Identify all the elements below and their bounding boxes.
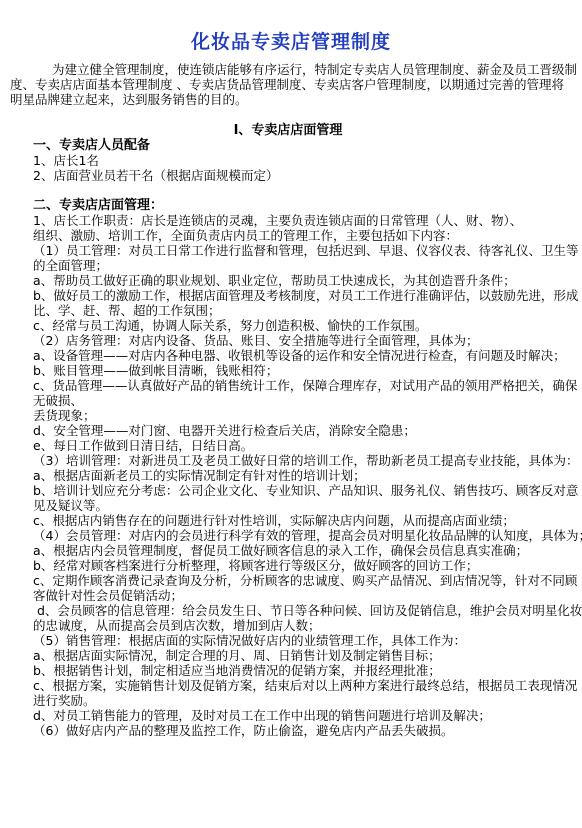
paragraph-line: 见及疑议等。: [33, 498, 576, 513]
paragraph-line: （1）员工管理：对员工日常工作进行监督和管理，包括迟到、早退、仪容仪表、待客礼仪…: [33, 243, 576, 258]
paragraph-line: d、会员顾客的信息管理：给会员发生日、节日等各种问候、回访及促销信息，维护会员对…: [33, 603, 576, 618]
paragraph-line: d、安全管理——对门窗、电器开关进行检查后关店，消除安全隐患；: [33, 423, 576, 438]
paragraph-line: （2）店务管理：对店内设备、货品、账目、安全措施等进行全面管理，具体为；: [33, 333, 576, 348]
paragraph-line: b、培训计划应充分考虑：公司企业文化、专业知识、产品知识、服务礼仪、销售技巧、顾…: [33, 483, 576, 498]
heading: 一、专卖店人员配备: [33, 138, 576, 153]
spacer: [0, 107, 576, 123]
intro-line: 为建立健全管理制度，使连锁店能够有序运行，特制定专卖店人员管理制度、薪金及员工晋…: [52, 62, 576, 77]
paragraph-line: （4）会员管理：对店内的会员进行科学有效的管理，提高会员对明星化妆品品牌的认知度…: [33, 528, 576, 543]
paragraph-line: c、货品管理——认真做好产品的销售统计工作，保障合理库存，对试用产品的领用严格把…: [33, 378, 576, 393]
paragraph-line: （3）培训管理：对新进员工及老员工做好日常的培训工作，帮助新老员工提高专业技能，…: [33, 453, 576, 468]
paragraph-line: e、每日工作做到日清日结，日结日高。: [33, 438, 576, 453]
paragraph-line: d、对员工销售能力的管理，及时对员工在工作中出现的销售问题进行培训及解决；: [33, 708, 576, 723]
paragraph-line: c、根据方案，实施销售计划及促销方案，结束后对以上两种方案进行最终总结，根据员工…: [33, 678, 576, 693]
paragraph-line: b、经常对顾客档案进行分析整理，将顾客进行等级区分，做好顾客的回访工作；: [33, 558, 576, 573]
paragraph-line: （5）销售管理：根据店面的实际情况做好店内的业绩管理工作，具体工作为：: [33, 633, 576, 648]
paragraph-line: a、根据店内会员管理制度，督促员工做好顾客信息的录入工作，确保会员信息真实准确；: [33, 543, 576, 558]
heading: 二、专卖店店面管理：: [33, 198, 576, 213]
paragraph-line: 丢货现象；: [33, 408, 576, 423]
intro-line: 明星品牌建立起来，达到服务销售的目的。: [10, 92, 576, 107]
paragraph-line: a、根据店面实际情况，制定合理的月、周、日销售计划及制定销售目标；: [33, 648, 576, 663]
paragraph-line: （6）做好店内产品的整理及监控工作，防止偷盗，避免店内产品丢失破损。: [33, 723, 576, 738]
paragraph-line: b、做好员工的激励工作，根据店面管理及考核制度，对员工工作进行准确评估，以鼓励先…: [33, 288, 576, 303]
paragraph-line: a、设备管理——对店内各种电器、收银机等设备的运作和安全情况进行检查，有问题及时…: [33, 348, 576, 363]
paragraph-line: a、帮助员工做好正确的职业规划、职业定位，帮助员工快速成长，为其创造晋升条件；: [33, 273, 576, 288]
paragraph-line: c、根据店内销售存在的问题进行针对性培训，实际解决店内问题，从而提高店面业绩；: [33, 513, 576, 528]
paragraph-line: 比、学、赶、帮、超的工作氛围；: [33, 303, 576, 318]
spacer: [0, 183, 576, 198]
paragraph-line: 的全面管理；: [33, 258, 576, 273]
document-body: 为建立健全管理制度，使连锁店能够有序运行，特制定专卖店人员管理制度、薪金及员工晋…: [0, 62, 582, 738]
paragraph-line: 的忠诚度，从而提高会员到店次数，增加到店人数；: [33, 618, 576, 633]
paragraph-line: b、账目管理——做到帐目清晰，钱账相符；: [33, 363, 576, 378]
paragraph-line: a、根据店面新老员工的实际情况制定有针对性的培训计划；: [33, 468, 576, 483]
document-page: 化妆品专卖店管理制度 为建立健全管理制度，使连锁店能够有序运行，特制定专卖店人员…: [0, 0, 582, 828]
paragraph-line: 进行奖励。: [33, 693, 576, 708]
paragraph-line: 组织、激励、培训工作，全面负责店内员工的管理工作，主要包括如下内容：: [33, 228, 576, 243]
paragraph-line: c、定期作顾客消费记录查询及分析，分析顾客的忠诚度、购买产品情况、到店情况等，针…: [33, 573, 576, 588]
paragraph-line: 2、店面营业员若干名（根据店面规模而定）: [33, 168, 576, 183]
paragraph-line: 无破损、: [33, 393, 576, 408]
paragraph-line: 客做针对性会员促销活动；: [33, 588, 576, 603]
intro-line: 度、专卖店店面基本管理制度 、专卖店货品管理制度、专卖店客户管理制度，以期通过完…: [10, 77, 576, 92]
paragraph-line: b、根据销售计划，制定相适应当地消费情况的促销方案，并报经理批准；: [33, 663, 576, 678]
paragraph-line: c、经常与员工沟通，协调人际关系，努力创造积极、愉快的工作氛围。: [33, 318, 576, 333]
section-heading: Ⅰ、专卖店店面管理: [0, 123, 576, 138]
paragraph-line: 1、店长1名: [33, 153, 576, 168]
document-title: 化妆品专卖店管理制度: [0, 31, 582, 53]
paragraph-line: 1、店长工作职责：店长是连锁店的灵魂，主要负责连锁店面的日常管理（人、财、物）、: [33, 213, 576, 228]
